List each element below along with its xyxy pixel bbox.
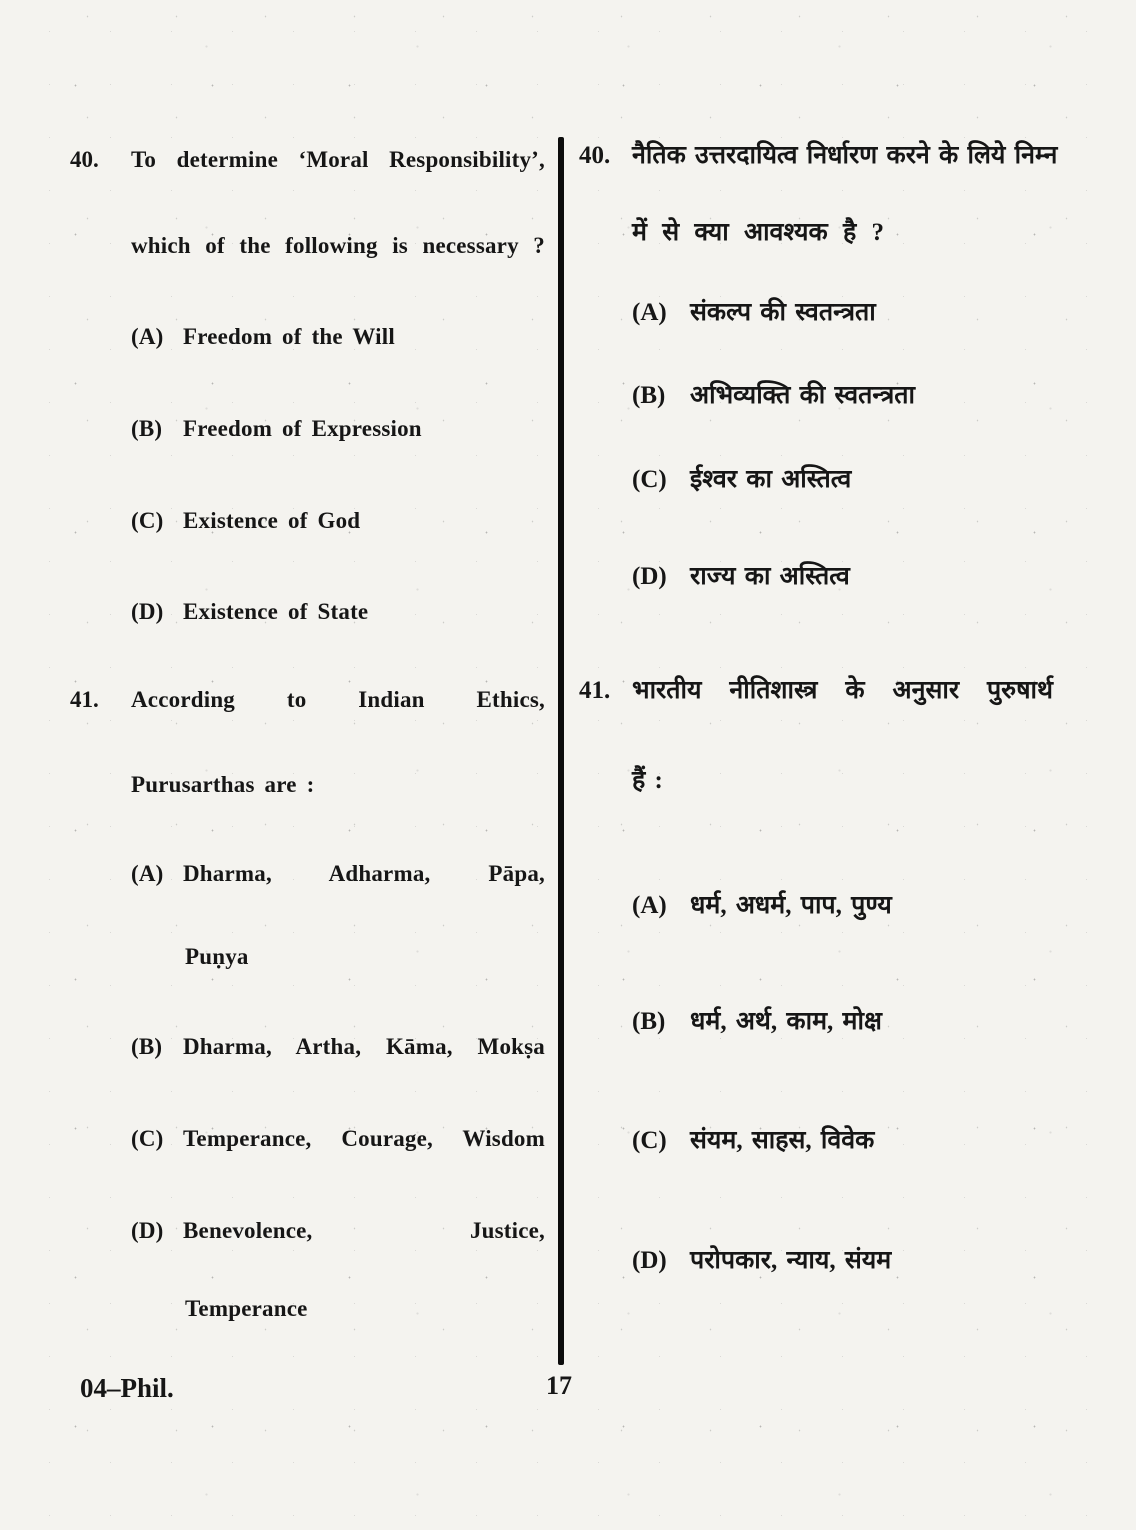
option-label: (B) (632, 382, 690, 411)
scanned-exam-page: 40. To determine ‘Moral Responsibility’,… (0, 0, 1136, 1530)
q40-stem-line1-en: To determine ‘Moral Responsibility’, (131, 147, 545, 173)
option-text: Temperance, Courage, Wisdom (183, 1126, 545, 1152)
q41-option-a-en: (A) Dharma, Adharma, Pāpa, (131, 861, 545, 887)
q41-stem-line2-en: Purusarthas are : (131, 772, 314, 798)
q41-option-c-hi: (C) संयम, साहस, विवेक (632, 1127, 1092, 1156)
option-label: (D) (632, 1247, 690, 1276)
option-label: (A) (632, 299, 690, 328)
q41-option-d-continuation-en: Temperance (185, 1296, 308, 1322)
q40-number-hi: 40. (579, 142, 610, 171)
option-label: (C) (632, 1127, 690, 1156)
option-text: Freedom of Expression (183, 416, 545, 442)
option-label: (C) (632, 466, 690, 495)
q41-option-c-en: (C) Temperance, Courage, Wisdom (131, 1126, 545, 1152)
q40-stem-line2-en: which of the following is necessary ? (131, 233, 545, 259)
q40-option-a-en: (A) Freedom of the Will (131, 324, 545, 350)
q41-number-hi: 41. (579, 677, 610, 706)
q41-option-b-hi: (B) धर्म, अर्थ, काम, मोक्ष (632, 1008, 1092, 1037)
option-text: अभिव्यक्ति की स्वतन्त्रता (690, 382, 1092, 411)
q41-stem-line1-hi: भारतीय नीतिशास्त्र के अनुसार पुरुषार्थ (632, 677, 1053, 706)
option-label: (B) (131, 416, 183, 442)
q40-stem-line2-hi: में से क्या आवश्यक है ? (632, 219, 884, 248)
option-label: (D) (131, 599, 183, 625)
option-text: राज्य का अस्तित्व (690, 563, 1092, 592)
q40-option-c-en: (C) Existence of God (131, 508, 545, 534)
q40-option-b-en: (B) Freedom of Expression (131, 416, 545, 442)
option-label: (A) (131, 324, 183, 350)
q41-option-b-en: (B) Dharma, Artha, Kāma, Mokṣa (131, 1034, 545, 1060)
q41-option-a-hi: (A) धर्म, अधर्म, पाप, पुण्य (632, 892, 1092, 921)
q41-option-d-hi: (D) परोपकार, न्याय, संयम (632, 1247, 1092, 1276)
option-label: (C) (131, 1126, 183, 1152)
option-text: संयम, साहस, विवेक (690, 1127, 1092, 1156)
option-text: धर्म, अधर्म, पाप, पुण्य (690, 892, 1092, 921)
q40-option-a-hi: (A) संकल्प की स्वतन्त्रता (632, 299, 1092, 328)
q40-option-d-hi: (D) राज्य का अस्तित्व (632, 563, 1092, 592)
q40-option-b-hi: (B) अभिव्यक्ति की स्वतन्त्रता (632, 382, 1092, 411)
option-label: (B) (632, 1008, 690, 1037)
q40-number-en: 40. (70, 147, 99, 173)
q41-stem-line2-hi: हैं : (632, 767, 663, 796)
option-text: संकल्प की स्वतन्त्रता (690, 299, 1092, 328)
option-text: Dharma, Adharma, Pāpa, (183, 861, 545, 887)
q40-option-d-en: (D) Existence of State (131, 599, 545, 625)
page-number: 17 (546, 1371, 572, 1401)
option-text: Existence of State (183, 599, 545, 625)
q41-stem-line1-en: According to Indian Ethics, (131, 687, 545, 713)
option-label: (B) (131, 1034, 183, 1060)
q40-option-c-hi: (C) ईश्वर का अस्तित्व (632, 466, 1092, 495)
option-label: (D) (131, 1218, 183, 1244)
option-text: परोपकार, न्याय, संयम (690, 1247, 1092, 1276)
option-text: Benevolence, Justice, (183, 1218, 545, 1244)
q41-option-d-en: (D) Benevolence, Justice, (131, 1218, 545, 1244)
option-text: Dharma, Artha, Kāma, Mokṣa (183, 1034, 545, 1060)
column-divider-line (558, 137, 564, 1365)
option-text: धर्म, अर्थ, काम, मोक्ष (690, 1008, 1092, 1037)
option-label: (D) (632, 563, 690, 592)
option-label: (A) (632, 892, 690, 921)
footer-paper-code: 04–Phil. (80, 1373, 174, 1404)
option-text: ईश्वर का अस्तित्व (690, 466, 1092, 495)
q41-number-en: 41. (70, 687, 99, 713)
option-label: (A) (131, 861, 183, 887)
q40-stem-line1-hi: नैतिक उत्तरदायित्व निर्धारण करने के लिये… (632, 142, 1053, 171)
q41-option-a-continuation-en: Puṇya (185, 944, 249, 970)
option-label: (C) (131, 508, 183, 534)
option-text: Existence of God (183, 508, 545, 534)
option-text: Freedom of the Will (183, 324, 545, 350)
